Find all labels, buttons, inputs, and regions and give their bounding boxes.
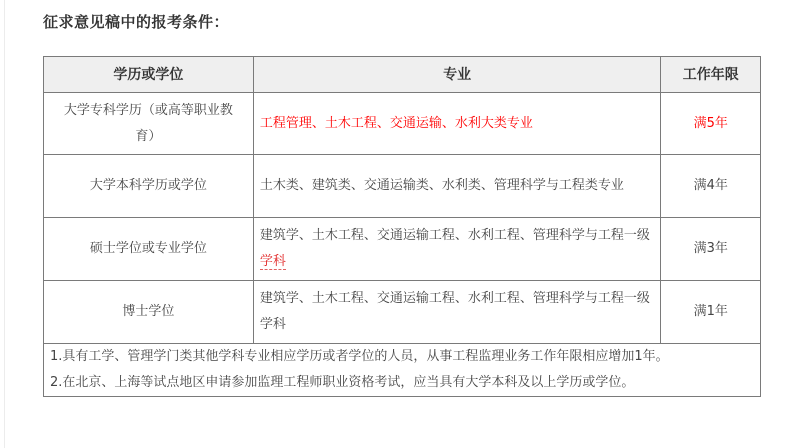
years-cell: 满3年 — [661, 218, 761, 281]
major-cell: 建筑学、土木工程、交通运输工程、水利工程、管理科学与工程一级学科 — [253, 281, 661, 344]
notes-row: 1.具有工学、管理学门类其他学科专业相应学历或者学位的人员，从事工程监理业务工作… — [44, 344, 761, 397]
years-cell: 满1年 — [661, 281, 761, 344]
notes-cell: 1.具有工学、管理学门类其他学科专业相应学历或者学位的人员，从事工程监理业务工作… — [44, 344, 761, 397]
major-cell: 土木类、建筑类、交通运输类、水利类、管理科学与工程类专业 — [253, 155, 661, 218]
degree-cell: 大学本科学历或学位 — [44, 155, 254, 218]
degree-cell: 硕士学位或专业学位 — [44, 218, 254, 281]
section-heading: 征求意见稿中的报考条件： — [43, 11, 229, 32]
header-years: 工作年限 — [661, 57, 761, 93]
years-cell: 满5年 — [661, 93, 761, 155]
table-row: 硕士学位或专业学位 建筑学、土木工程、交通运输工程、水利工程、管理科学与工程一级… — [44, 218, 761, 281]
table-header-row: 学历或学位 专业 工作年限 — [44, 57, 761, 93]
major-cell: 工程管理、土木工程、交通运输、水利大类专业 — [253, 93, 661, 155]
linked-keyword[interactable]: 学科 — [260, 254, 286, 270]
degree-cell: 大学专科学历（或高等职业教育） — [44, 93, 254, 155]
header-degree: 学历或学位 — [44, 57, 254, 93]
years-cell: 满4年 — [661, 155, 761, 218]
major-text: 建筑学、土木工程、交通运输工程、水利工程、管理科学与工程一级 — [260, 228, 650, 243]
note-2: 2.在北京、上海等试点地区申请参加监理工程师职业资格考试，应当具有大学本科及以上… — [50, 370, 754, 396]
major-cell: 建筑学、土木工程、交通运输工程、水利工程、管理科学与工程一级学科 — [253, 218, 661, 281]
table-row: 博士学位 建筑学、土木工程、交通运输工程、水利工程、管理科学与工程一级学科 满1… — [44, 281, 761, 344]
table-row: 大学专科学历（或高等职业教育） 工程管理、土木工程、交通运输、水利大类专业 满5… — [44, 93, 761, 155]
page-left-rule — [4, 0, 5, 448]
table-row: 大学本科学历或学位 土木类、建筑类、交通运输类、水利类、管理科学与工程类专业 满… — [44, 155, 761, 218]
note-1: 1.具有工学、管理学门类其他学科专业相应学历或者学位的人员，从事工程监理业务工作… — [50, 344, 754, 370]
degree-cell: 博士学位 — [44, 281, 254, 344]
requirements-table: 学历或学位 专业 工作年限 大学专科学历（或高等职业教育） 工程管理、土木工程、… — [43, 56, 761, 397]
header-major: 专业 — [253, 57, 661, 93]
